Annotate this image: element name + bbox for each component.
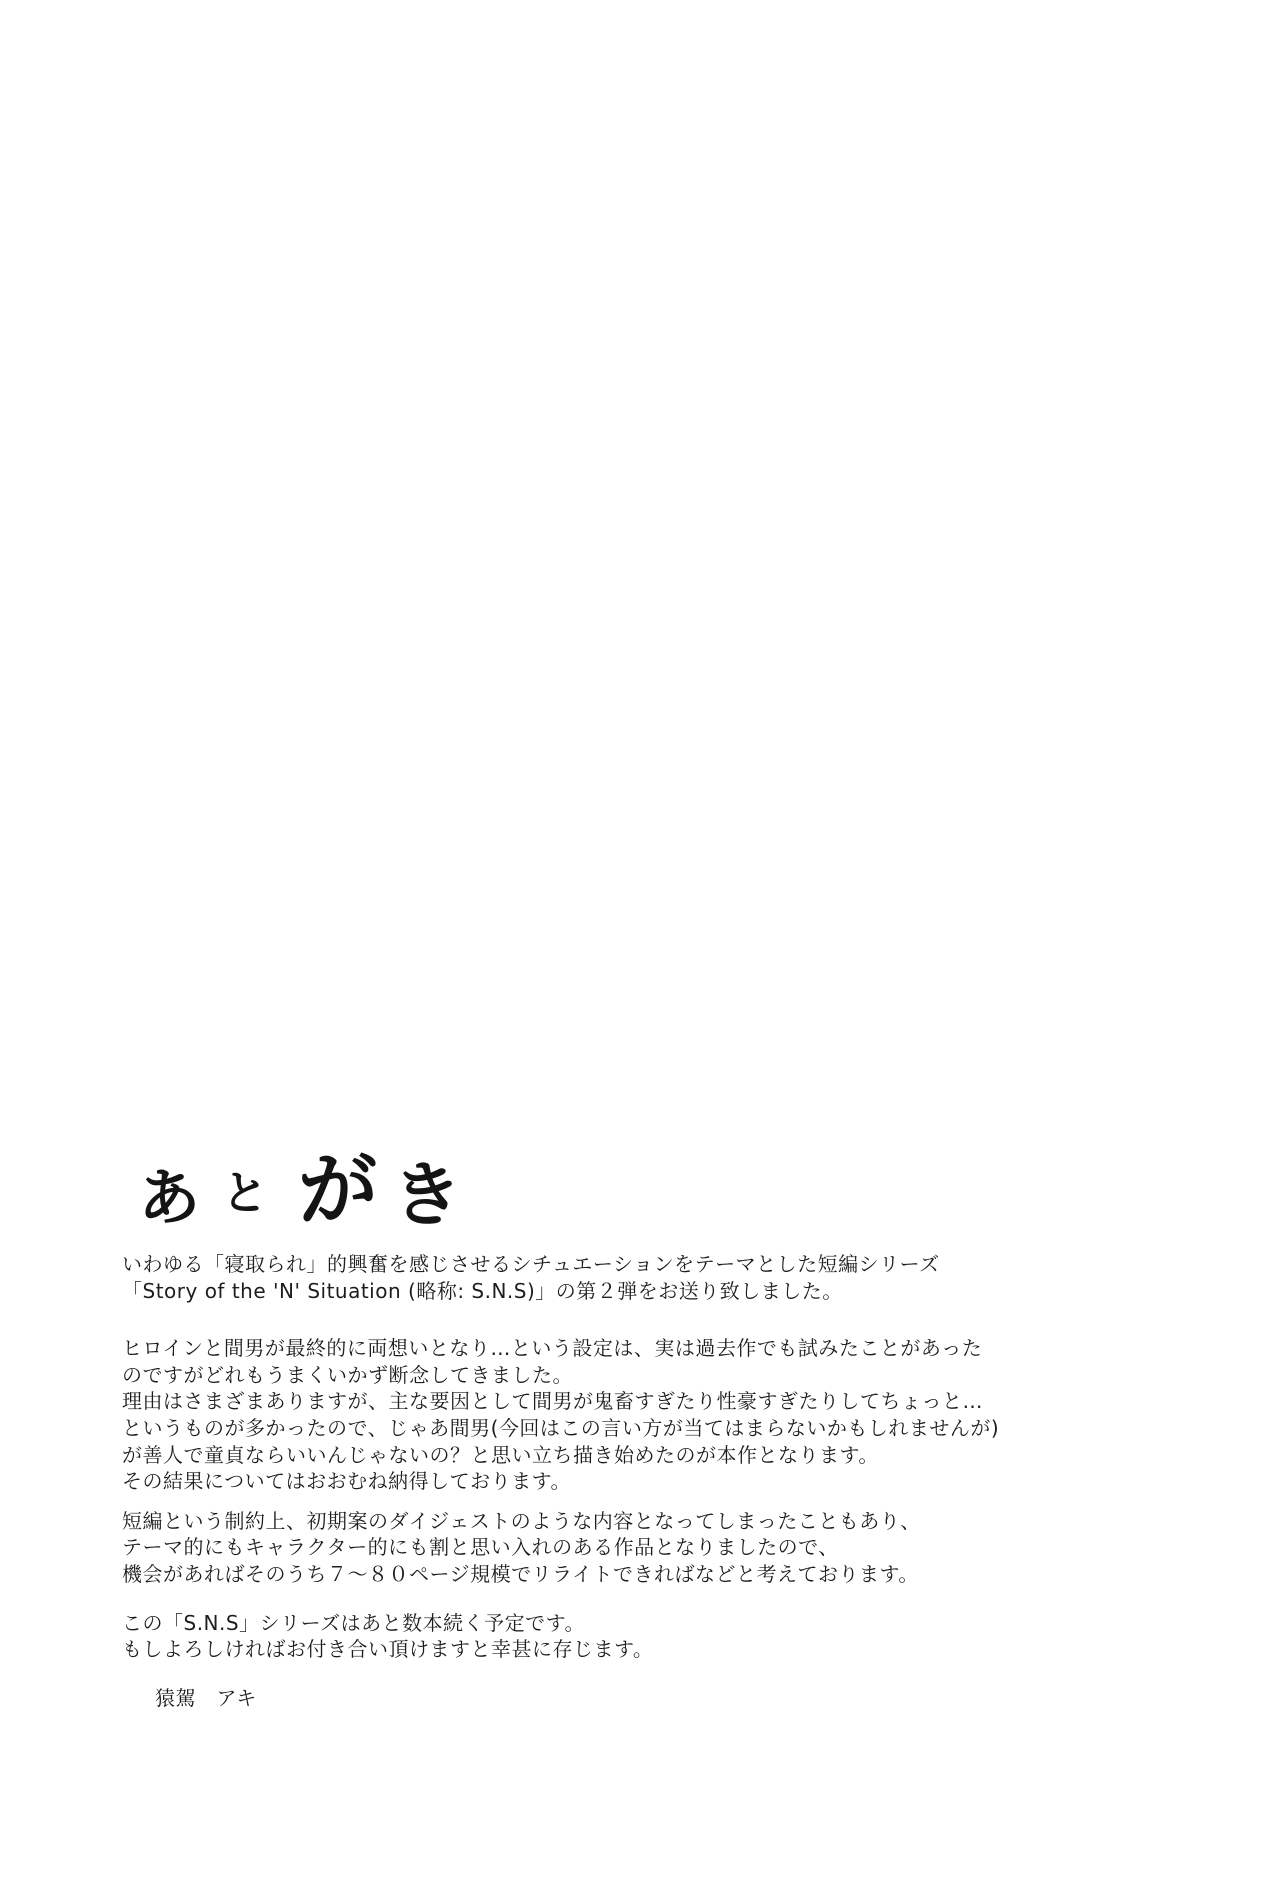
text-line: 理由はさまざまありますが、主な要因として間男が鬼畜すぎたり性豪すぎたりしてちょっ…	[122, 1388, 999, 1415]
text-line: というものが多かったので、じゃあ間男(今回はこの言い方が当てはまらないかもしれま…	[122, 1415, 999, 1442]
afterword-page: あとがき いわゆる「寝取られ」的興奮を感じさせるシチュエーションをテーマとした短…	[0, 0, 1280, 1883]
text-line: 機会があればそのうち７～８０ページ規模でリライトできればなどと考えております。	[122, 1561, 999, 1588]
paragraph: ヒロインと間男が最終的に両想いとなり…という設定は、実は過去作でも試みたことがあ…	[122, 1335, 999, 1495]
afterword-title: あとがき	[138, 1138, 462, 1228]
text-line: のですがどれもうまくいかず断念してきました。	[122, 1362, 999, 1389]
paragraph: いわゆる「寝取られ」的興奮を感じさせるシチュエーションをテーマとした短編シリーズ…	[122, 1251, 999, 1304]
text-line: テーマ的にもキャラクター的にも割と思い入れのある作品となりましたので、	[122, 1534, 999, 1561]
text-line: この「S.N.S」シリーズはあと数本続く予定です。	[122, 1610, 999, 1637]
author-signature: 猿駕 アキ	[155, 1685, 999, 1712]
title-char: き	[392, 1162, 462, 1229]
text-line: もしよろしければお付き合い頂けますと幸甚に存じます。	[122, 1636, 999, 1663]
afterword-body: いわゆる「寝取られ」的興奮を感じさせるシチュエーションをテーマとした短編シリーズ…	[122, 1251, 999, 1711]
paragraph: この「S.N.S」シリーズはあと数本続く予定です。もしよろしければお付き合い頂け…	[122, 1610, 999, 1663]
text-line: いわゆる「寝取られ」的興奮を感じさせるシチュエーションをテーマとした短編シリーズ	[122, 1251, 999, 1278]
title-char: が	[297, 1151, 380, 1230]
paragraph: 短編という制約上、初期案のダイジェストのような内容となってしまったこともあり、テ…	[122, 1508, 999, 1588]
title-char: あ	[137, 1168, 201, 1229]
text-line: その結果についてはおおむね納得しております。	[122, 1468, 999, 1495]
text-line: が善人で童貞ならいいんじゃないの？と思い立ち描き始めたのが本作となります。	[122, 1442, 999, 1469]
text-line: ヒロインと間男が最終的に両想いとなり…という設定は、実は過去作でも試みたことがあ…	[122, 1335, 999, 1362]
text-line: 短編という制約上、初期案のダイジェストのような内容となってしまったこともあり、	[122, 1508, 999, 1535]
text-line: 「Story of the 'N' Situation (略称: S.N.S)」…	[122, 1278, 999, 1305]
title-char: と	[221, 1171, 269, 1217]
